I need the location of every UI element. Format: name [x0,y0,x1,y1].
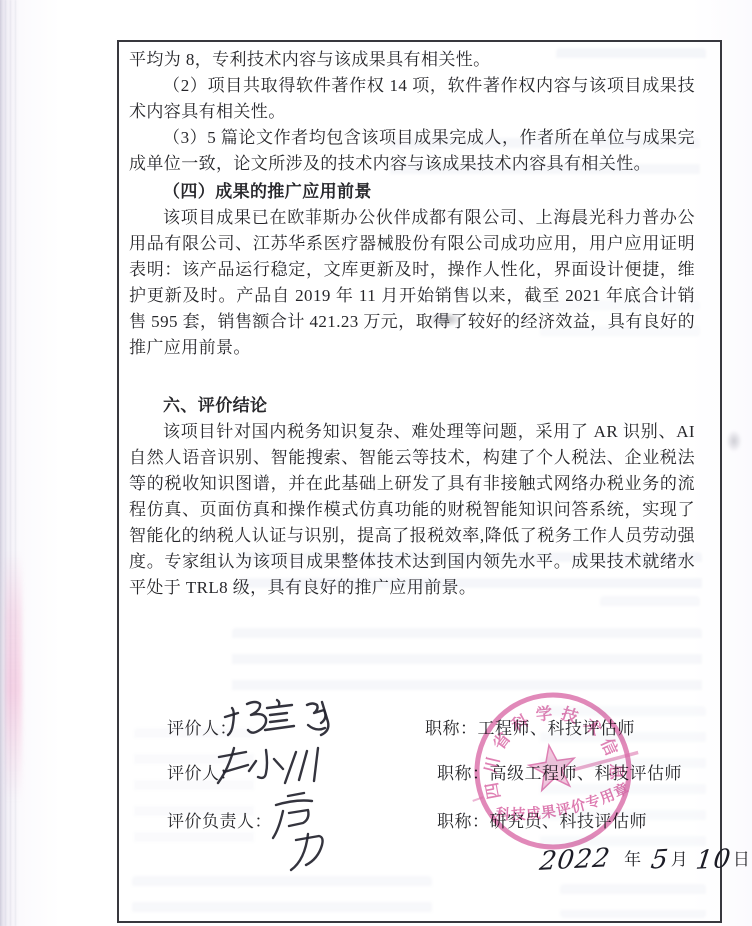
evaluator-2-signature-handwriting [212,742,332,794]
section-heading-promotion: （四）成果的推广应用前景 [129,179,695,205]
lead-evaluator-role-label: 评价负责人： [167,807,272,832]
body-paragraph-application: 该项目成果已在欧菲斯办公伙伴成都有限公司、上海晨光科力普办公用品有限公司、江苏华… [129,205,695,361]
left-edge-pink-mark [5,552,22,802]
date-day-label: 日 [733,847,750,873]
evaluator-1-signature-handwriting [222,694,352,746]
body-paragraph-software-copyright: （2）项目共取得软件著作权 14 项，软件著作权内容与该项目成果技术内容具有相关… [129,73,695,125]
scanned-document-page: 平均为 8，专利技术内容与该成果具有相关性。 （2）项目共取得软件著作权 14 … [0,0,752,926]
date-year-label: 年 [624,847,641,873]
body-paragraph-continuation: 平均为 8，专利技术内容与该成果具有相关性。 [129,47,695,73]
date-month-handwritten: 5 [649,847,670,874]
evaluation-date: 2022 年 5 月 10 日 [540,847,750,873]
margin-smudge [726,430,742,452]
section-heading-conclusion: 六、评价结论 [129,393,695,419]
conclusion-paragraph: 该项目针对国内税务知识复杂、难处理等问题，采用了 AR 识别、AI 自然人语音识… [129,419,695,601]
lead-evaluator-signature-handwriting [258,790,348,878]
document-body: 平均为 8，专利技术内容与该成果具有相关性。 （2）项目共取得软件著作权 14 … [129,47,695,601]
date-year-handwritten: 2022 [538,845,612,875]
date-day-handwritten: 10 [694,846,733,874]
body-paragraph-papers: （3）5 篇论文作者均包含该项目成果完成人，作者所在单位与成果完成单位一致，论文… [129,125,695,177]
stamp-star-icon [526,742,578,792]
ink-smudge [428,312,462,327]
official-seal-stamp: 四川省科学技术信息研究所 科技成果评价专用章 [452,670,653,871]
date-month-label: 月 [671,847,688,873]
